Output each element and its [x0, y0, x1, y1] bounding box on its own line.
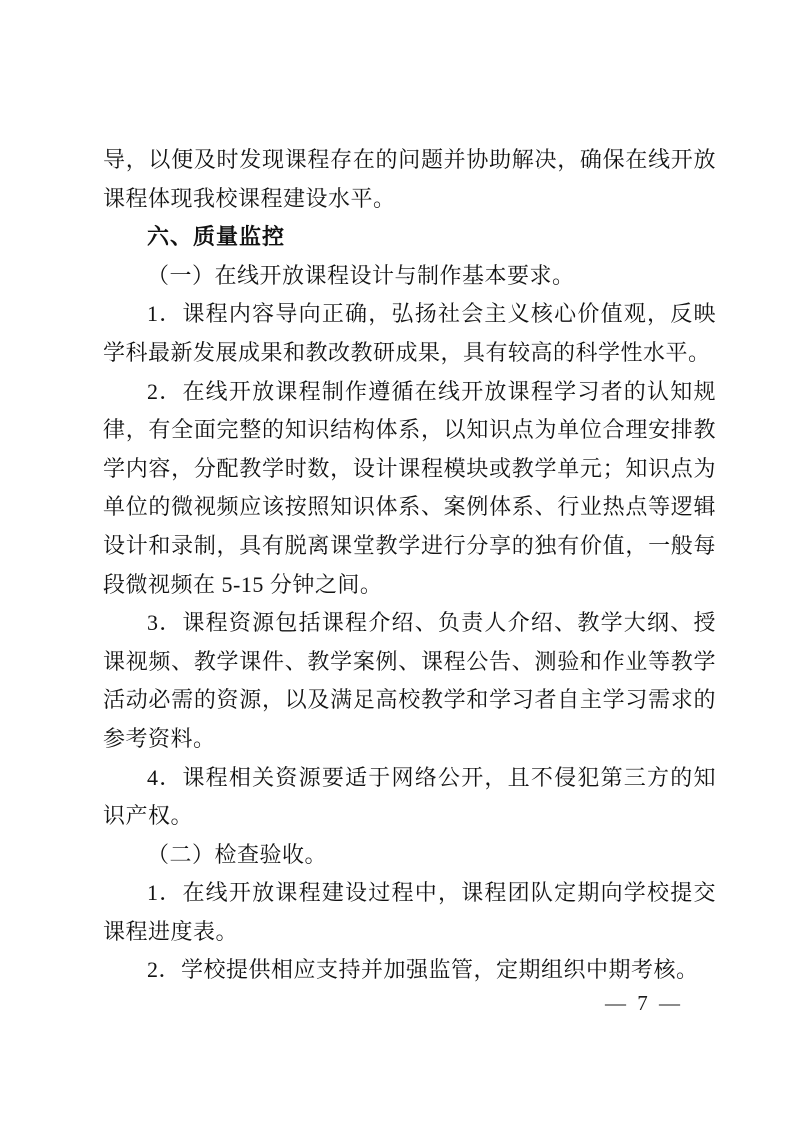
numbered-item-2: 2．在线开放课程制作遵循在线开放课程学习者的认知规律，有全面完整的知识结构体系，…	[103, 373, 716, 605]
numbered-item-1: 1．课程内容导向正确，弘扬社会主义核心价值观，反映学科最新发展成果和教改教研成果…	[103, 295, 716, 372]
sub-heading-1: （一）在线开放课程设计与制作基本要求。	[103, 257, 716, 296]
numbered-item-5: 1．在线开放课程建设过程中，课程团队定期向学校提交课程进度表。	[103, 874, 716, 951]
numbered-item-3: 3．课程资源包括课程介绍、负责人介绍、教学大纲、授课视频、教学课件、教学案例、课…	[103, 604, 716, 758]
numbered-item-4: 4．课程相关资源要适于网络公开，且不侵犯第三方的知识产权。	[103, 759, 716, 836]
paragraph-continuation: 导，以便及时发现课程存在的问题并协助解决，确保在线开放课程体现我校课程建设水平。	[103, 141, 716, 218]
document-body: 导，以便及时发现课程存在的问题并协助解决，确保在线开放课程体现我校课程建设水平。…	[103, 141, 716, 990]
section-heading: 六、质量监控	[103, 218, 716, 257]
page-number: — 7 —	[605, 991, 683, 1015]
document-page: 导，以便及时发现课程存在的问题并协助解决，确保在线开放课程体现我校课程建设水平。…	[0, 0, 793, 1122]
numbered-item-6: 2．学校提供相应支持并加强监管，定期组织中期考核。	[103, 951, 716, 990]
sub-heading-2: （二）检查验收。	[103, 836, 716, 875]
